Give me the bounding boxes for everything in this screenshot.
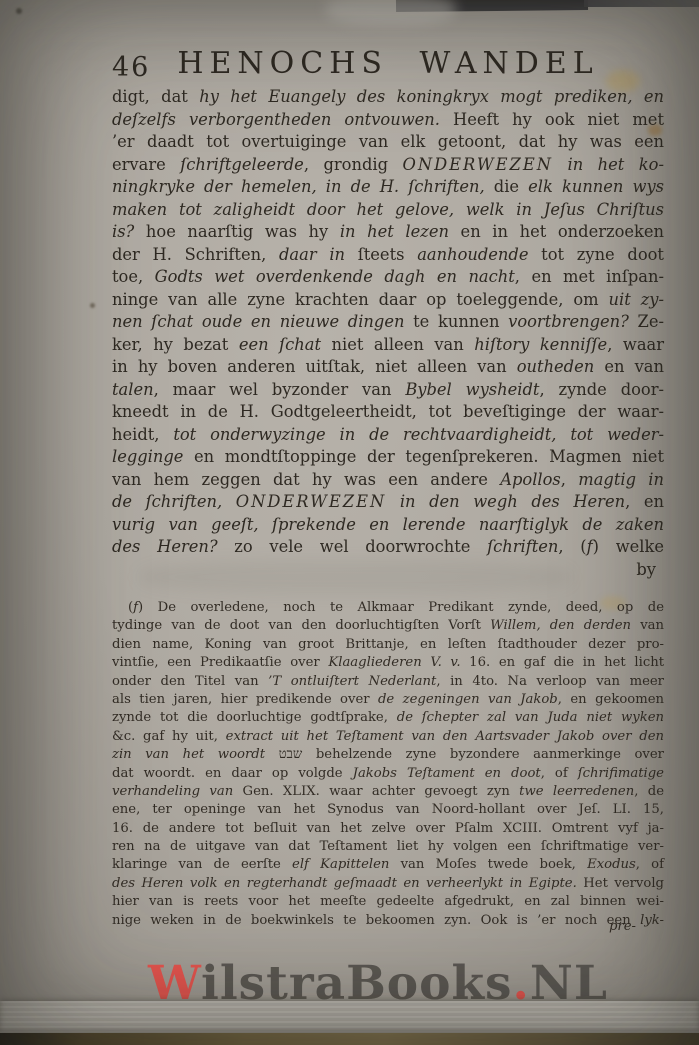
italic-text-segment: legginge <box>112 447 183 466</box>
text-segment: en van <box>594 357 664 376</box>
background-object-edge <box>584 0 699 7</box>
text-segment: als tien jaren, hier predikende over <box>112 692 378 707</box>
italic-text-segment: ’T ontluiſtert Nederlant <box>268 674 436 689</box>
italic-text-segment: tot onderwyzinge in de rechtvaardigheidt… <box>173 425 664 444</box>
text-segment: , zynde door- <box>539 380 664 399</box>
italic-text-segment: hiſtory kenniſſe <box>474 335 607 354</box>
text-segment: der H. Schriften, <box>112 245 279 264</box>
italic-text-segment: uit zy- <box>609 290 664 309</box>
text-segment: Heeft hy ook niet met <box>440 110 664 129</box>
text-segment: Het vervolg <box>577 876 664 891</box>
body-text-line: ninge van alle zyne krachten daar op toe… <box>112 289 664 312</box>
running-header-title: HENOCHS WANDEL <box>112 46 664 81</box>
body-text-line: nen ſchat oude en nieuwe dingen te kunne… <box>112 311 664 334</box>
footnote-text-line: dien name, Koning van groot Brittanje, e… <box>112 636 664 654</box>
italic-text-segment: de ſchriften, <box>112 492 222 511</box>
italic-text-segment: ONDERWEZEN <box>236 492 387 511</box>
footnote-text-line: verhandeling van Gen. XLIX. waar achter … <box>112 783 664 801</box>
text-segment: toe, <box>112 267 155 286</box>
italic-text-segment: aanhoudende <box>417 245 528 264</box>
footnote-text-line: &c. gaf hy uit, extract uit het Teſtamen… <box>112 728 664 746</box>
background-object-shadow <box>396 0 588 12</box>
italic-text-segment: verhandeling van <box>112 784 233 799</box>
body-text-block: digt, dat hy het Euangely des koningkryx… <box>112 86 664 559</box>
text-segment: , of <box>636 857 664 872</box>
text-segment: שבט <box>279 747 303 762</box>
text-segment: , en gekoomen <box>558 692 664 707</box>
running-header-bar: 46 HENOCHS WANDEL <box>112 46 664 82</box>
text-segment: behelzende zyne byzondere aanmerkinge ov… <box>302 747 664 762</box>
text-segment: tot zyne doot <box>528 245 664 264</box>
italic-text-segment: ſchrifimatige <box>578 766 664 781</box>
body-catchword: by <box>636 560 656 579</box>
text-segment: , de <box>634 784 664 799</box>
text-segment: ervare <box>112 155 180 174</box>
paper-speck <box>16 8 22 14</box>
text-segment <box>222 492 236 511</box>
footnote-text-line: tydinge van de doot van den doorluchtigſ… <box>112 617 664 635</box>
text-segment: dien name, Koning van groot Brittanje, e… <box>112 637 664 652</box>
footnote-text-line: des Heren volk en regterhandt geſmaadt e… <box>112 875 664 893</box>
italic-text-segment: in den wegh des Heren <box>400 492 625 511</box>
text-segment: ) welke <box>593 537 664 556</box>
text-segment: digt, dat <box>112 87 199 106</box>
text-segment: hoe naarſtig was hy <box>134 222 340 241</box>
italic-text-segment: ſchriften <box>487 537 558 556</box>
italic-text-segment: extract uit het Teſtament van den Aartsv… <box>226 729 664 744</box>
text-segment: heidt, <box>112 425 173 444</box>
text-segment: tydinge van de doot van den doorluchtigſ… <box>112 618 490 633</box>
footnote-text-line: 16. de andere tot beſluit van het zelve … <box>112 820 664 838</box>
italic-text-segment: des Heren volk en regterhandt geſmaadt e… <box>112 876 577 891</box>
italic-text-segment: in het lezen <box>340 222 449 241</box>
footnote-text-line: dat woordt. en daar op volgde Jakobs Teſ… <box>112 765 664 783</box>
italic-text-segment: ningkryke der hemelen, in de H. ſchrifte… <box>112 177 485 196</box>
footnote-text-line: ene, ter openinge van het Synodus van No… <box>112 801 664 819</box>
body-text-line: ningkryke der hemelen, in de H. ſchrifte… <box>112 176 664 199</box>
text-segment: Ze- <box>629 312 664 331</box>
text-segment: vintſie, een Predikaatſie over <box>112 655 328 670</box>
italic-text-segment: de ſchepter zal van Juda niet wyken <box>397 710 664 725</box>
italic-text-segment: talen <box>112 380 154 399</box>
body-text-line: vurig van geeſt, ſprekende en lerende na… <box>112 514 664 537</box>
italic-text-segment: zin van het woordt <box>112 747 279 762</box>
text-segment: van <box>631 618 664 633</box>
text-segment: , in 4to. Na verloop van meer <box>436 674 664 689</box>
text-segment: die <box>485 177 528 196</box>
body-text-line: deſzelfs verborgentheden ontvouwen. Heef… <box>112 109 664 132</box>
text-segment <box>386 492 400 511</box>
text-segment: van Moſes twede boek, <box>389 857 587 872</box>
italic-text-segment: daar in <box>279 245 345 264</box>
text-segment: ſteets <box>345 245 417 264</box>
text-segment: en in het onderzoeken <box>449 222 664 241</box>
book-fore-edge <box>0 1001 699 1034</box>
body-text-line: is? hoe naarſtig was hy in het lezen en … <box>112 221 664 244</box>
footnote-text-line: zynde tot die doorluchtige godtſprake, d… <box>112 709 664 727</box>
text-segment: van hem zeggen dat hy was een andere <box>112 470 500 489</box>
italic-text-segment: hy het Euangely des koningkryx mogt pred… <box>199 87 664 106</box>
book-page-photo: 46 HENOCHS WANDEL digt, dat hy het Euang… <box>0 0 699 1045</box>
text-segment: , <box>561 470 578 489</box>
italic-text-segment: Jakobs Teſtament en doot <box>353 766 541 781</box>
text-segment: dat woordt. en daar op volgde <box>112 766 353 781</box>
text-segment: , of <box>541 766 578 781</box>
text-segment: zo vele wel doorwrochte <box>218 537 487 556</box>
footnote-catchword-row: pre- <box>112 917 664 936</box>
text-segment: ker, hy bezat <box>112 335 239 354</box>
italic-text-segment: des Heren? <box>112 537 218 556</box>
body-text-line: kneedt in de H. Godtgeleertheidt, tot be… <box>112 401 664 424</box>
italic-text-segment: deſzelfs verborgentheden ontvouwen. <box>112 110 440 129</box>
text-segment: ninge van alle zyne krachten daar op toe… <box>112 290 609 309</box>
italic-text-segment: maken tot zaligheidt door het gelove, we… <box>112 200 664 219</box>
body-catchword-row: by <box>112 558 664 581</box>
body-text-line: in hy boven anderen uitſtak, niet alleen… <box>112 356 664 379</box>
italic-text-segment: Klaagliederen V. v. <box>328 655 460 670</box>
footnote-text-line: vintſie, een Predikaatſie over Klaaglied… <box>112 654 664 672</box>
text-segment: 16. en gaf die in het licht <box>461 655 664 670</box>
footnote-text-line: zin van het woordt שבט behelzende zyne b… <box>112 746 664 764</box>
italic-text-segment: magtig in <box>578 470 664 489</box>
italic-text-segment: ſchriftgeleerde <box>180 155 304 174</box>
body-text-line: ’er daadt tot overtuiginge van elk getoo… <box>112 131 664 154</box>
footnote-catchword: pre- <box>609 919 636 934</box>
body-text-line: maken tot zaligheidt door het gelove, we… <box>112 199 664 222</box>
text-segment: , en <box>625 492 664 511</box>
italic-text-segment: Godts wet overdenkende dagh en nacht <box>155 267 515 286</box>
body-text-line: heidt, tot onderwyzinge in de rechtvaard… <box>112 424 664 447</box>
body-text-line: ker, hy bezat een ſchat niet alleen van … <box>112 334 664 357</box>
footnote-text-line: onder den Titel van ’T ontluiſtert Neder… <box>112 673 664 691</box>
italic-text-segment: vurig van geeſt, ſprekende en lerende na… <box>112 515 664 534</box>
italic-text-segment: is? <box>112 222 134 241</box>
italic-text-segment: elk kunnen wys <box>528 177 664 196</box>
text-segment: , en met inſpan- <box>515 267 664 286</box>
italic-text-segment: Exodus <box>587 857 636 872</box>
text-segment: , ( <box>558 537 586 556</box>
text-segment: , waar <box>607 335 664 354</box>
italic-text-segment: Apollos <box>500 470 561 489</box>
italic-text-segment: outheden <box>517 357 595 376</box>
footnote-text-line: ren na de uitgave van dat Teſtament liet… <box>112 838 664 856</box>
body-text-line: digt, dat hy het Euangely des koningkryx… <box>112 86 664 109</box>
wood-table-surface <box>0 1033 699 1045</box>
italic-text-segment: in het ko- <box>567 155 664 174</box>
italic-text-segment: ONDERWEZEN <box>403 155 554 174</box>
italic-text-segment: Willem, den derden <box>490 618 631 633</box>
footnote-text-line: klaringe van de eerſte elf Kapittelen va… <box>112 856 664 874</box>
text-segment: te kunnen <box>404 312 508 331</box>
text-segment: , maar wel byzonder van <box>154 380 406 399</box>
text-segment: ’er daadt tot overtuiginge van elk getoo… <box>112 132 664 151</box>
body-text-line: talen, maar wel byzonder van Bybel wyshe… <box>112 379 664 402</box>
text-segment: 16. de andere tot beſluit van het zelve … <box>112 821 664 836</box>
body-text-line: de ſchriften, ONDERWEZEN in den wegh des… <box>112 491 664 514</box>
text-segment: onder den Titel van <box>112 674 268 689</box>
footnote-block: (f) De overledene, noch te Alkmaar Predi… <box>112 599 664 930</box>
text-segment: Gen. XLIX. waar achter gevoegt zyn <box>233 784 519 799</box>
text-segment <box>553 155 567 174</box>
body-text-line: ervare ſchriftgeleerde, grondig ONDERWEZ… <box>112 154 664 177</box>
italic-text-segment: elf Kapittelen <box>292 857 389 872</box>
italic-text-segment: de zegeningen van Jakob <box>378 692 558 707</box>
text-segment: en mondtſtoppinge der tegenſprekeren. Ma… <box>183 447 664 466</box>
body-text-line: des Heren? zo vele wel doorwrochte ſchri… <box>112 536 664 559</box>
paper-speck <box>90 303 95 308</box>
text-segment: zynde tot die doorluchtige godtſprake, <box>112 710 397 725</box>
italic-text-segment: nen ſchat oude en nieuwe dingen <box>112 312 404 331</box>
text-segment: , grondig <box>304 155 403 174</box>
italic-text-segment: voortbrengen? <box>508 312 629 331</box>
footnote-text-line: hier van is reets voor het meeſte gedeel… <box>112 893 664 911</box>
body-text-line: der H. Schriften, daar in ſteets aanhoud… <box>112 244 664 267</box>
text-segment: ) De overledene, noch te Alkmaar Predika… <box>138 600 664 615</box>
italic-text-segment: twe leerredenen <box>519 784 634 799</box>
text-segment: &c. gaf hy uit, <box>112 729 226 744</box>
body-text-line: van hem zeggen dat hy was een andere Apo… <box>112 469 664 492</box>
footnote-text-line: als tien jaren, hier predikende over de … <box>112 691 664 709</box>
text-segment: hier van is reets voor het meeſte gedeel… <box>112 894 664 909</box>
body-text-line: legginge en mondtſtoppinge der tegenſpre… <box>112 446 664 469</box>
text-segment: ene, ter openinge van het Synodus van No… <box>112 802 664 817</box>
body-text-line: toe, Godts wet overdenkende dagh en nach… <box>112 266 664 289</box>
text-segment: ren na de uitgave van dat Teſtament liet… <box>112 839 664 854</box>
italic-text-segment: Bybel wysheidt <box>405 380 539 399</box>
text-segment: klaringe van de eerſte <box>112 857 292 872</box>
text-segment: in hy boven anderen uitſtak, niet alleen… <box>112 357 517 376</box>
footnote-text-line: (f) De overledene, noch te Alkmaar Predi… <box>112 599 664 617</box>
text-segment: kneedt in de H. Godtgeleertheidt, tot be… <box>112 402 664 421</box>
italic-text-segment: een ſchat <box>239 335 321 354</box>
text-segment: niet alleen van <box>321 335 474 354</box>
